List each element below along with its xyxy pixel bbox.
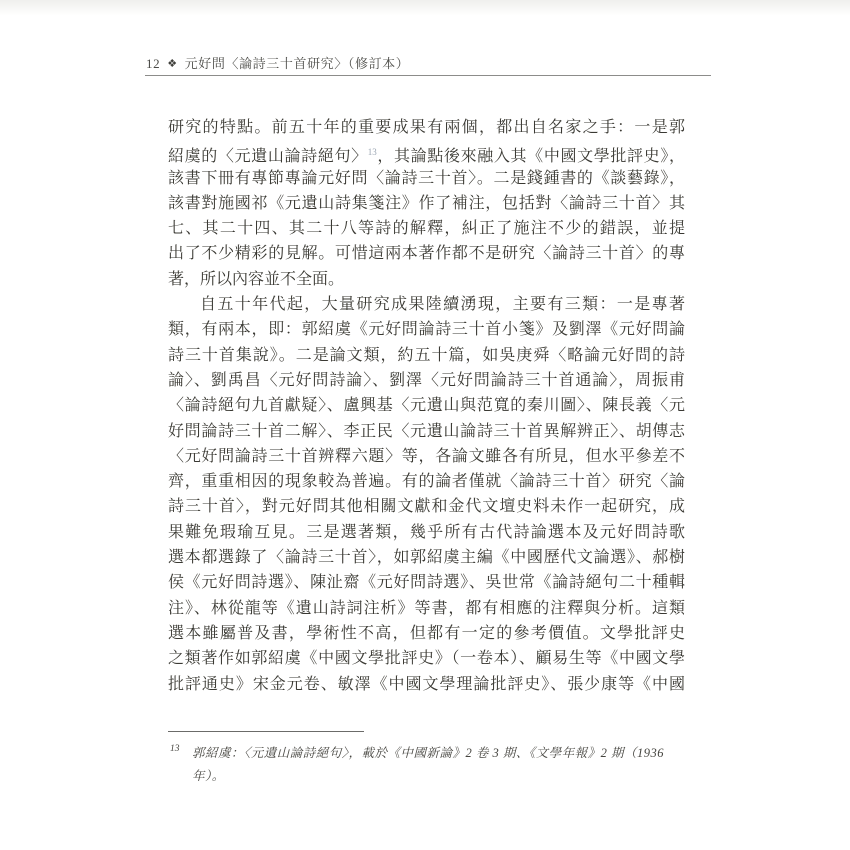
text-line: 該書下冊有專節專論元好問〈論詩三十首〉。二是錢鍾書的《談藝錄》， bbox=[168, 166, 685, 191]
text-line: 研究的特點。前五十年的重要成果有兩個，都出自名家之手：一是郭 bbox=[168, 115, 685, 140]
footnote-separator bbox=[168, 731, 364, 732]
text-line: 自五十年代起，大量研究成果陸續湧現，主要有三類：一是專著 bbox=[168, 292, 685, 317]
text-line: 侯《元好問詩選》、陳沚齋《元好問詩選》、吳世常《論詩絕句二十種輯 bbox=[168, 570, 685, 595]
text-line: 類，有兩本，即：郭紹虞《元好問論詩三十首小箋》及劉澤《元好問論 bbox=[168, 317, 685, 342]
text-segment: 紹虞的〈元遺山論詩絕句〉 bbox=[168, 148, 368, 165]
text-line: 著，所以內容並不全面。 bbox=[168, 267, 685, 292]
text-line: 果難免瑕瑜互見。三是選著類，幾乎所有古代詩論選本及元好問詩歌 bbox=[168, 520, 685, 545]
footnote: 13 郭紹虞：〈元遺山論詩絕句〉，載於《中國新論》2 卷 3 期、《文學年報》2… bbox=[170, 742, 675, 787]
text-line: 詩三十首集說》。二是論文類，約五十篇，如吳庚舜〈略論元好問的詩 bbox=[168, 343, 685, 368]
text-line: 該書對施國祁《元遺山詩集箋注》作了補注，包括對〈論詩三十首〉其 bbox=[168, 191, 685, 216]
footnote-marker: 13 bbox=[170, 742, 192, 787]
text-segment: ，其論點後來融入其《中國文學批評史》， bbox=[377, 148, 685, 165]
text-line: 批評通史》宋金元卷、敏澤《中國文學理論批評史》、張少康等《中國 bbox=[168, 672, 685, 697]
text-line: 齊，重重相因的現象較為普遍。有的論者僅就〈論詩三十首〉研究〈論 bbox=[168, 469, 685, 494]
footnote-reference: 13 bbox=[368, 147, 377, 157]
text-line: 出了不少精彩的見解。可惜這兩本著作都不是研究〈論詩三十首〉的專 bbox=[168, 241, 685, 266]
text-line: 注》、林從龍等《遺山詩詞注析》等書，都有相應的注釋與分析。這類 bbox=[168, 596, 685, 621]
footnote-text: 郭紹虞：〈元遺山論詩絕句〉，載於《中國新論》2 卷 3 期、《文學年報》2 期（… bbox=[192, 742, 675, 787]
header-rule bbox=[145, 75, 711, 76]
scan-edge-shading bbox=[0, 0, 850, 16]
page-number: 12 bbox=[146, 56, 160, 71]
footnote-line-2: 年）。 bbox=[192, 765, 675, 788]
footnote-line-1: 郭紹虞：〈元遺山論詩絕句〉，載於《中國新論》2 卷 3 期、《文學年報》2 期（… bbox=[192, 742, 675, 765]
running-header: 12❖元好問〈論詩三十首研究〉（修訂本） bbox=[146, 53, 409, 72]
text-line: 選本雖屬普及書，學術性不高，但都有一定的參考價值。文學批評史 bbox=[168, 621, 685, 646]
text-line: 七、其二十四、其二十八等詩的解釋，糾正了施注不少的錯誤，並提 bbox=[168, 216, 685, 241]
diamond-ornament-icon: ❖ bbox=[167, 58, 177, 70]
text-line: 論〉、劉禹昌〈元好問詩論〉、劉澤〈元好問論詩三十首通論〉，周振甫 bbox=[168, 368, 685, 393]
header-title: 元好問〈論詩三十首研究〉（修訂本） bbox=[185, 56, 410, 71]
text-line: 選本都選錄了〈論詩三十首〉，如郭紹虞主編《中國歷代文論選》、郝樹 bbox=[168, 545, 685, 570]
text-line: 之類著作如郭紹虞《中國文學批評史》（一卷本）、顧易生等《中國文學 bbox=[168, 646, 685, 671]
book-page: 12❖元好問〈論詩三十首研究〉（修訂本） 研究的特點。前五十年的重要成果有兩個，… bbox=[0, 0, 850, 850]
text-line: 好問論詩三十首二解〉、李正民〈元遺山論詩三十首異解辨正〉、胡傳志 bbox=[168, 419, 685, 444]
text-line: 〈論詩絕句九首獻疑〉、盧興基〈元遺山與范寬的秦川圖〉、陳長義〈元 bbox=[168, 393, 685, 418]
text-line: 〈元好問論詩三十首辨釋六題〉等，各論文雖各有所見，但水平參差不 bbox=[168, 444, 685, 469]
body-text: 研究的特點。前五十年的重要成果有兩個，都出自名家之手：一是郭紹虞的〈元遺山論詩絕… bbox=[168, 115, 685, 697]
text-line: 詩三十首〉，對元好問其他相關文獻和金代文壇史料未作一起研究，成 bbox=[168, 494, 685, 519]
text-line: 紹虞的〈元遺山論詩絕句〉13，其論點後來融入其《中國文學批評史》， bbox=[168, 140, 685, 165]
